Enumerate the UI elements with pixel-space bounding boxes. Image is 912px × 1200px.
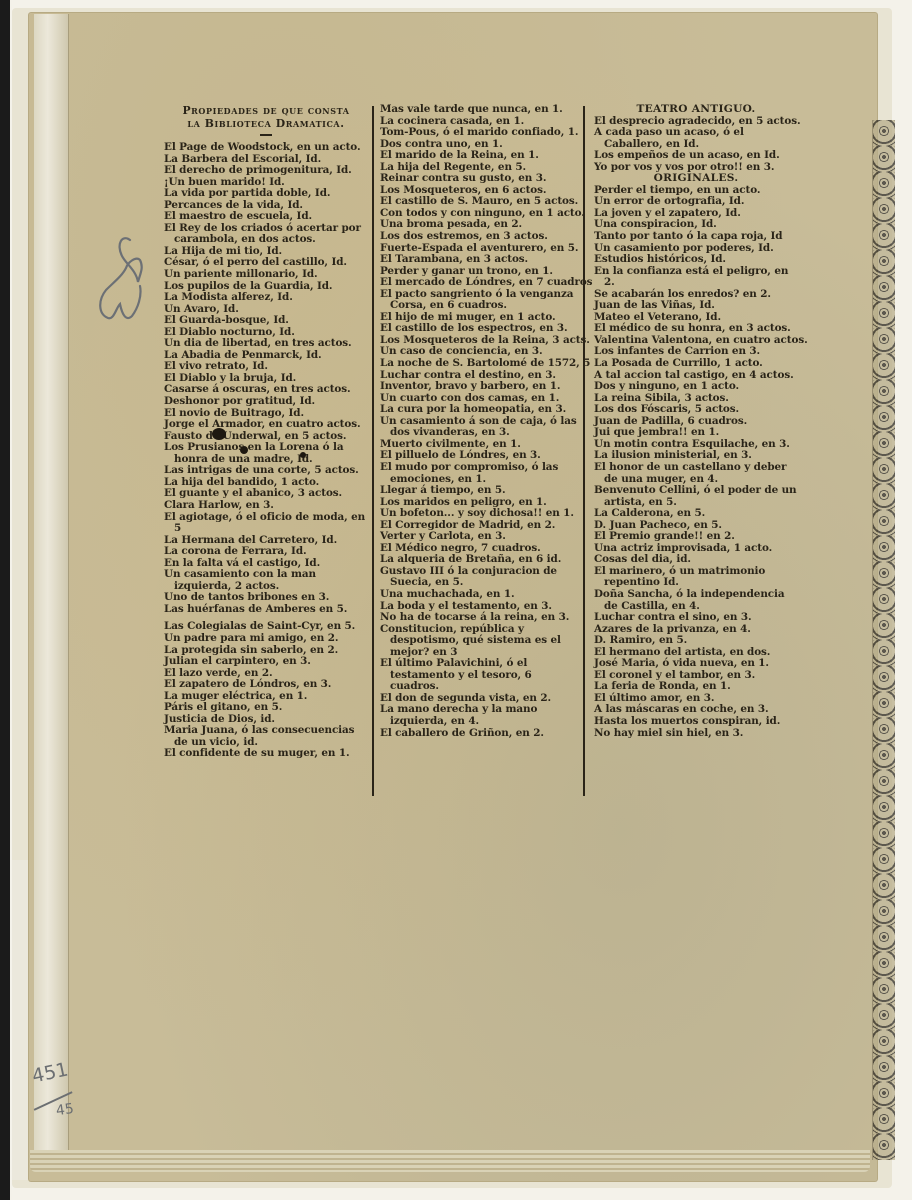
play-title-entry: Clara Harlow, en 3. bbox=[164, 500, 368, 512]
catalog-number-bottom: 45 bbox=[55, 1101, 75, 1119]
pencil-mark-icon bbox=[92, 230, 152, 330]
play-title-entry: El honor de un castellano y deber de una… bbox=[594, 462, 798, 485]
ink-blot bbox=[240, 446, 248, 454]
play-title-entry: Julian el carpintero, en 3. bbox=[164, 656, 368, 668]
play-title-entry: Llegar á tiempo, en 5. bbox=[380, 485, 582, 497]
play-title-entry: La corona de Ferrara, Id. bbox=[164, 546, 368, 558]
play-title-entry: Un padre para mi amigo, en 2. bbox=[164, 633, 368, 645]
play-title-entry: Tom-Pous, ó el marido confiado, 1. bbox=[380, 127, 582, 139]
column-2: Mas vale tarde que nunca, en 1.La cocine… bbox=[380, 104, 582, 739]
originales-list: Perder el tiempo, en un acto.Un error de… bbox=[594, 185, 798, 739]
play-title-entry: Maria Juana, ó las consecuencias de un v… bbox=[164, 725, 368, 748]
play-title-entry: El Tarambana, en 3 actos. bbox=[380, 254, 582, 266]
column-1-group-2: Las Colegialas de Saint-Cyr, en 5.Un pad… bbox=[164, 621, 368, 760]
page-title: Propiedades de que consta la Biblioteca … bbox=[164, 104, 368, 130]
play-title-entry: Las huérfanas de Amberes en 5. bbox=[164, 604, 368, 616]
play-title-entry: Doña Sancha, ó la independencia de Casti… bbox=[594, 589, 798, 612]
play-title-entry: Un bofeton... y soy dichosa!! en 1. bbox=[380, 508, 582, 520]
play-title-entry: La mano derecha y la mano izquierda, en … bbox=[380, 704, 582, 727]
play-title-entry: A cada paso un acaso, ó el Caballero, en… bbox=[594, 127, 798, 150]
play-title-entry: La vida por partida doble, Id. bbox=[164, 188, 368, 200]
play-title-entry: Los dos estremos, en 3 actos. bbox=[380, 231, 582, 243]
column-1-group-1: El Page de Woodstock, en un acto.La Barb… bbox=[164, 142, 368, 615]
play-title-entry: Hasta los muertos conspiran, id. bbox=[594, 716, 798, 728]
column-rule-2 bbox=[583, 106, 585, 796]
play-title-entry: Jorge el Armador, en cuatro actos. bbox=[164, 419, 368, 431]
play-title-entry: El zapatero de Lóndros, en 3. bbox=[164, 679, 368, 691]
ink-blot bbox=[300, 452, 306, 458]
play-title-entry: El Rey de los criados ó acertar por cara… bbox=[164, 223, 368, 246]
torn-page-edges bbox=[30, 1150, 870, 1172]
play-title-entry: El pacto sangriento ó la venganza Corsa,… bbox=[380, 289, 582, 312]
play-title-entry: Un casamiento con la man izquierda, 2 ac… bbox=[164, 569, 368, 592]
play-title-entry: Los empeños de un acaso, en Id. bbox=[594, 150, 798, 162]
column-2-list: Mas vale tarde que nunca, en 1.La cocine… bbox=[380, 104, 582, 739]
play-title-entry: Dos y ninguno, en 1 acto. bbox=[594, 381, 798, 393]
play-title-entry: El confidente de su muger, en 1. bbox=[164, 748, 368, 760]
title-line-1: Propiedades de que consta bbox=[164, 104, 368, 117]
ornamental-border-strip bbox=[872, 120, 895, 1160]
play-title-entry: Deshonor por gratitud, Id. bbox=[164, 396, 368, 408]
title-line-2: la Biblioteca Dramatica. bbox=[164, 117, 368, 130]
spine-binding-strip bbox=[34, 14, 69, 1164]
play-title-entry: Los Prusianos en la Lorena ó la honra de… bbox=[164, 442, 368, 465]
play-title-entry: En la confianza está el peligro, en 2. bbox=[594, 266, 798, 289]
play-title-entry: No ha de tocarse á la reina, en 3. bbox=[380, 612, 582, 624]
play-title-entry: El marido de la Reina, en 1. bbox=[380, 150, 582, 162]
play-title-entry: Estudios históricos, Id. bbox=[594, 254, 798, 266]
play-title-entry: Tanto por tanto ó la capa roja, Id bbox=[594, 231, 798, 243]
teatro-antiguo-list: El desprecio agradecido, en 5 actos.A ca… bbox=[594, 116, 798, 174]
play-title-entry: Una muchachada, en 1. bbox=[380, 589, 582, 601]
play-title-entry: La Modista alferez, Id. bbox=[164, 292, 368, 304]
play-title-entry: El último Palavichini, ó el testamento y… bbox=[380, 658, 582, 693]
play-title-entry: No hay miel sin hiel, en 3. bbox=[594, 728, 798, 740]
play-title-entry: El agiotage, ó el oficio de moda, en 5 bbox=[164, 512, 368, 535]
ink-blot bbox=[212, 428, 226, 440]
play-title-entry: Mas vale tarde que nunca, en 1. bbox=[380, 104, 582, 116]
play-title-entry: Constitucion, república y despotismo, qu… bbox=[380, 624, 582, 659]
title-dash-divider bbox=[260, 134, 272, 136]
play-title-entry: La Posada de Currillo, 1 acto. bbox=[594, 358, 798, 370]
play-title-entry: El derecho de primogenitura, Id. bbox=[164, 165, 368, 177]
column-rule-1 bbox=[372, 106, 374, 796]
play-title-entry: El caballero de Griñon, en 2. bbox=[380, 728, 582, 740]
column-3: TEATRO ANTIGUO. El desprecio agradecido,… bbox=[594, 104, 798, 739]
play-title-entry: El marinero, ó un matrimonio repentino I… bbox=[594, 566, 798, 589]
play-title-entry: Un pariente millonario, Id. bbox=[164, 269, 368, 281]
play-title-entry: El mudo por compromiso, ó las emociones,… bbox=[380, 462, 582, 485]
play-title-entry: La Calderona, en 5. bbox=[594, 508, 798, 520]
play-title-entry: Inventor, bravo y barbero, en 1. bbox=[380, 381, 582, 393]
play-title-entry: Un casamiento á son de caja, ó las dos v… bbox=[380, 416, 582, 439]
play-title-entry: La noche de S. Bartolomé de 1572, 5 bbox=[380, 358, 582, 370]
play-title-entry: El Page de Woodstock, en un acto. bbox=[164, 142, 368, 154]
scan-edge bbox=[0, 0, 10, 1200]
play-title-entry: Benvenuto Cellini, ó el poder de un arti… bbox=[594, 485, 798, 508]
play-title-entry: D. Ramiro, en 5. bbox=[594, 635, 798, 647]
column-1: Propiedades de que consta la Biblioteca … bbox=[164, 104, 368, 760]
play-title-entry: Gustavo III ó la conjuracion de Suecia, … bbox=[380, 566, 582, 589]
play-title-entry: Luchar contra el sino, en 3. bbox=[594, 612, 798, 624]
section-title-teatro-antiguo: TEATRO ANTIGUO. bbox=[594, 104, 798, 116]
